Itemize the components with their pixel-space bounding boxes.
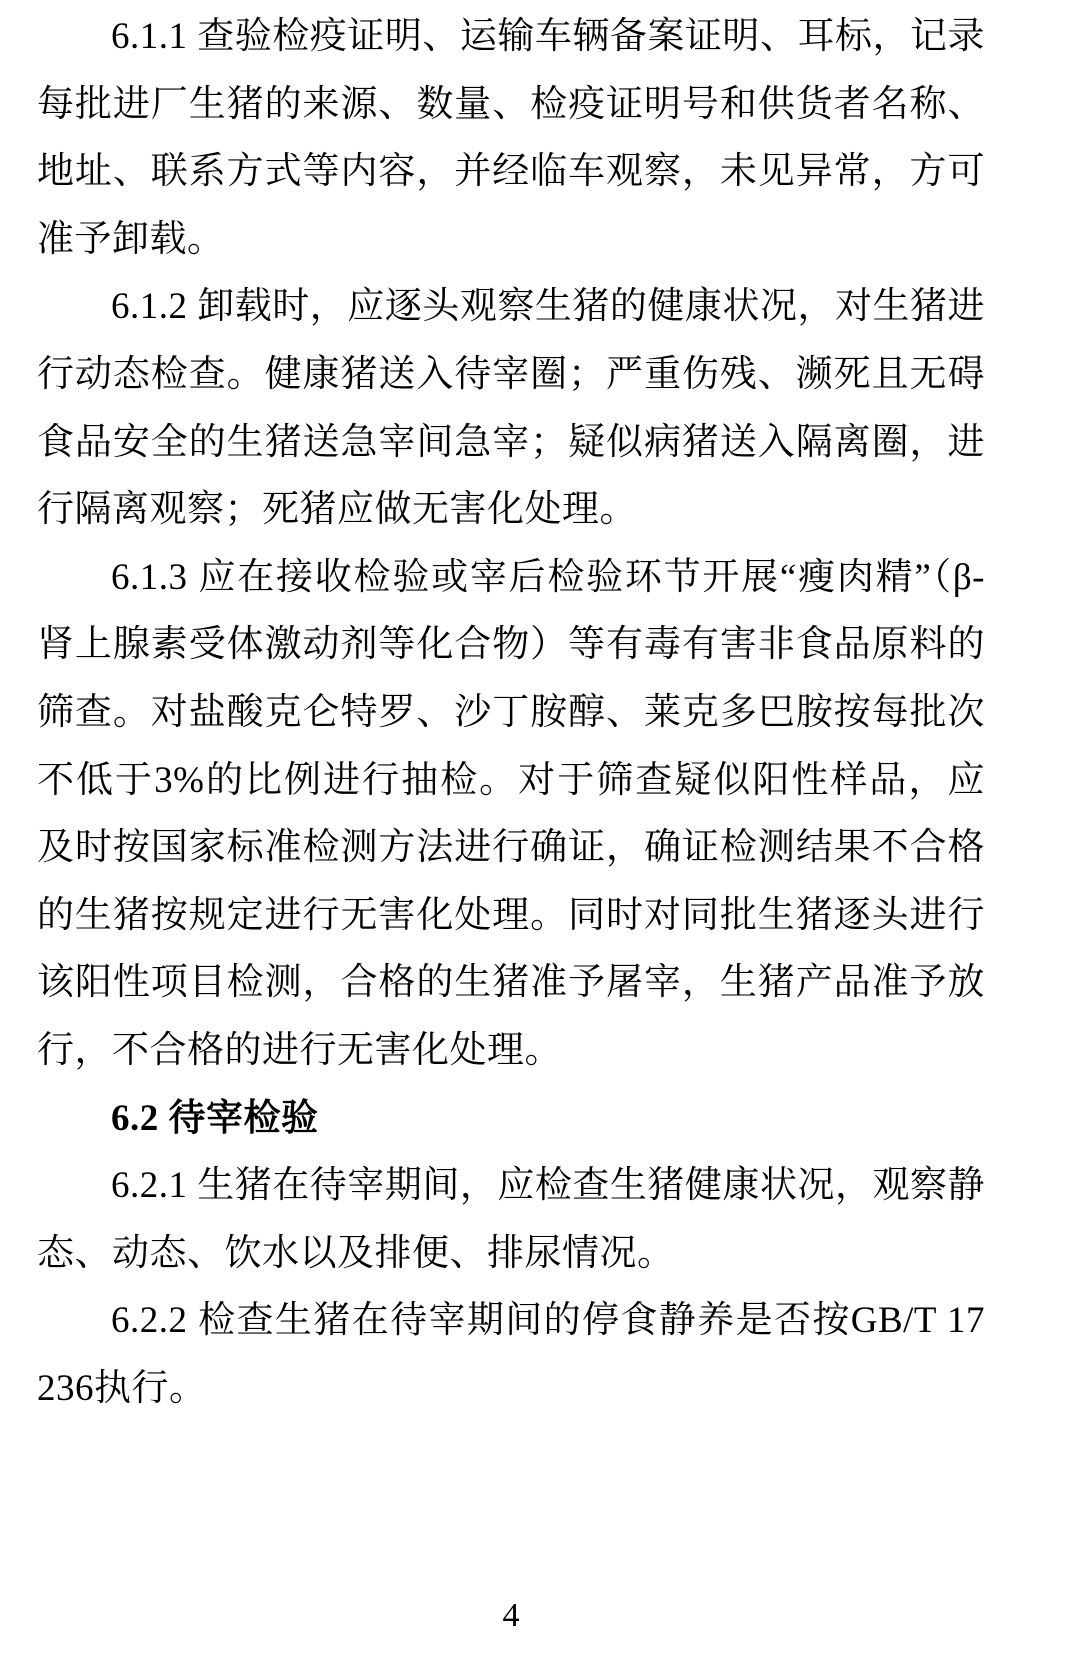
page-body-text: 6.1.1 查验检疫证明、运输车辆备案证明、耳标，记录每批进厂生猪的来源、数量、…: [37, 3, 985, 1422]
page-number: 4: [37, 1596, 985, 1636]
paragraph-6-2-1: 6.2.1 生猪在待宰期间，应检查生猪健康状况，观察静态、动态、饮水以及排便、排…: [37, 1152, 985, 1287]
document-page: 6.1.1 查验检疫证明、运输车辆备案证明、耳标，记录每批进厂生猪的来源、数量、…: [0, 0, 1080, 1659]
paragraph-6-2-2: 6.2.2 检查生猪在待宰期间的停食静养是否按GB/T 17236执行。: [37, 1287, 985, 1422]
paragraph-6-1-3: 6.1.3 应在接收检验或宰后检验环节开展“瘦肉精”（β-肾上腺素受体激动剂等化…: [37, 544, 985, 1085]
paragraph-6-1-1: 6.1.1 查验检疫证明、运输车辆备案证明、耳标，记录每批进厂生猪的来源、数量、…: [37, 3, 985, 273]
paragraph-6-1-2: 6.1.2 卸载时，应逐头观察生猪的健康状况，对生猪进行动态检查。健康猪送入待宰…: [37, 273, 985, 543]
section-heading-6-2: 6.2 待宰检验: [37, 1085, 985, 1153]
